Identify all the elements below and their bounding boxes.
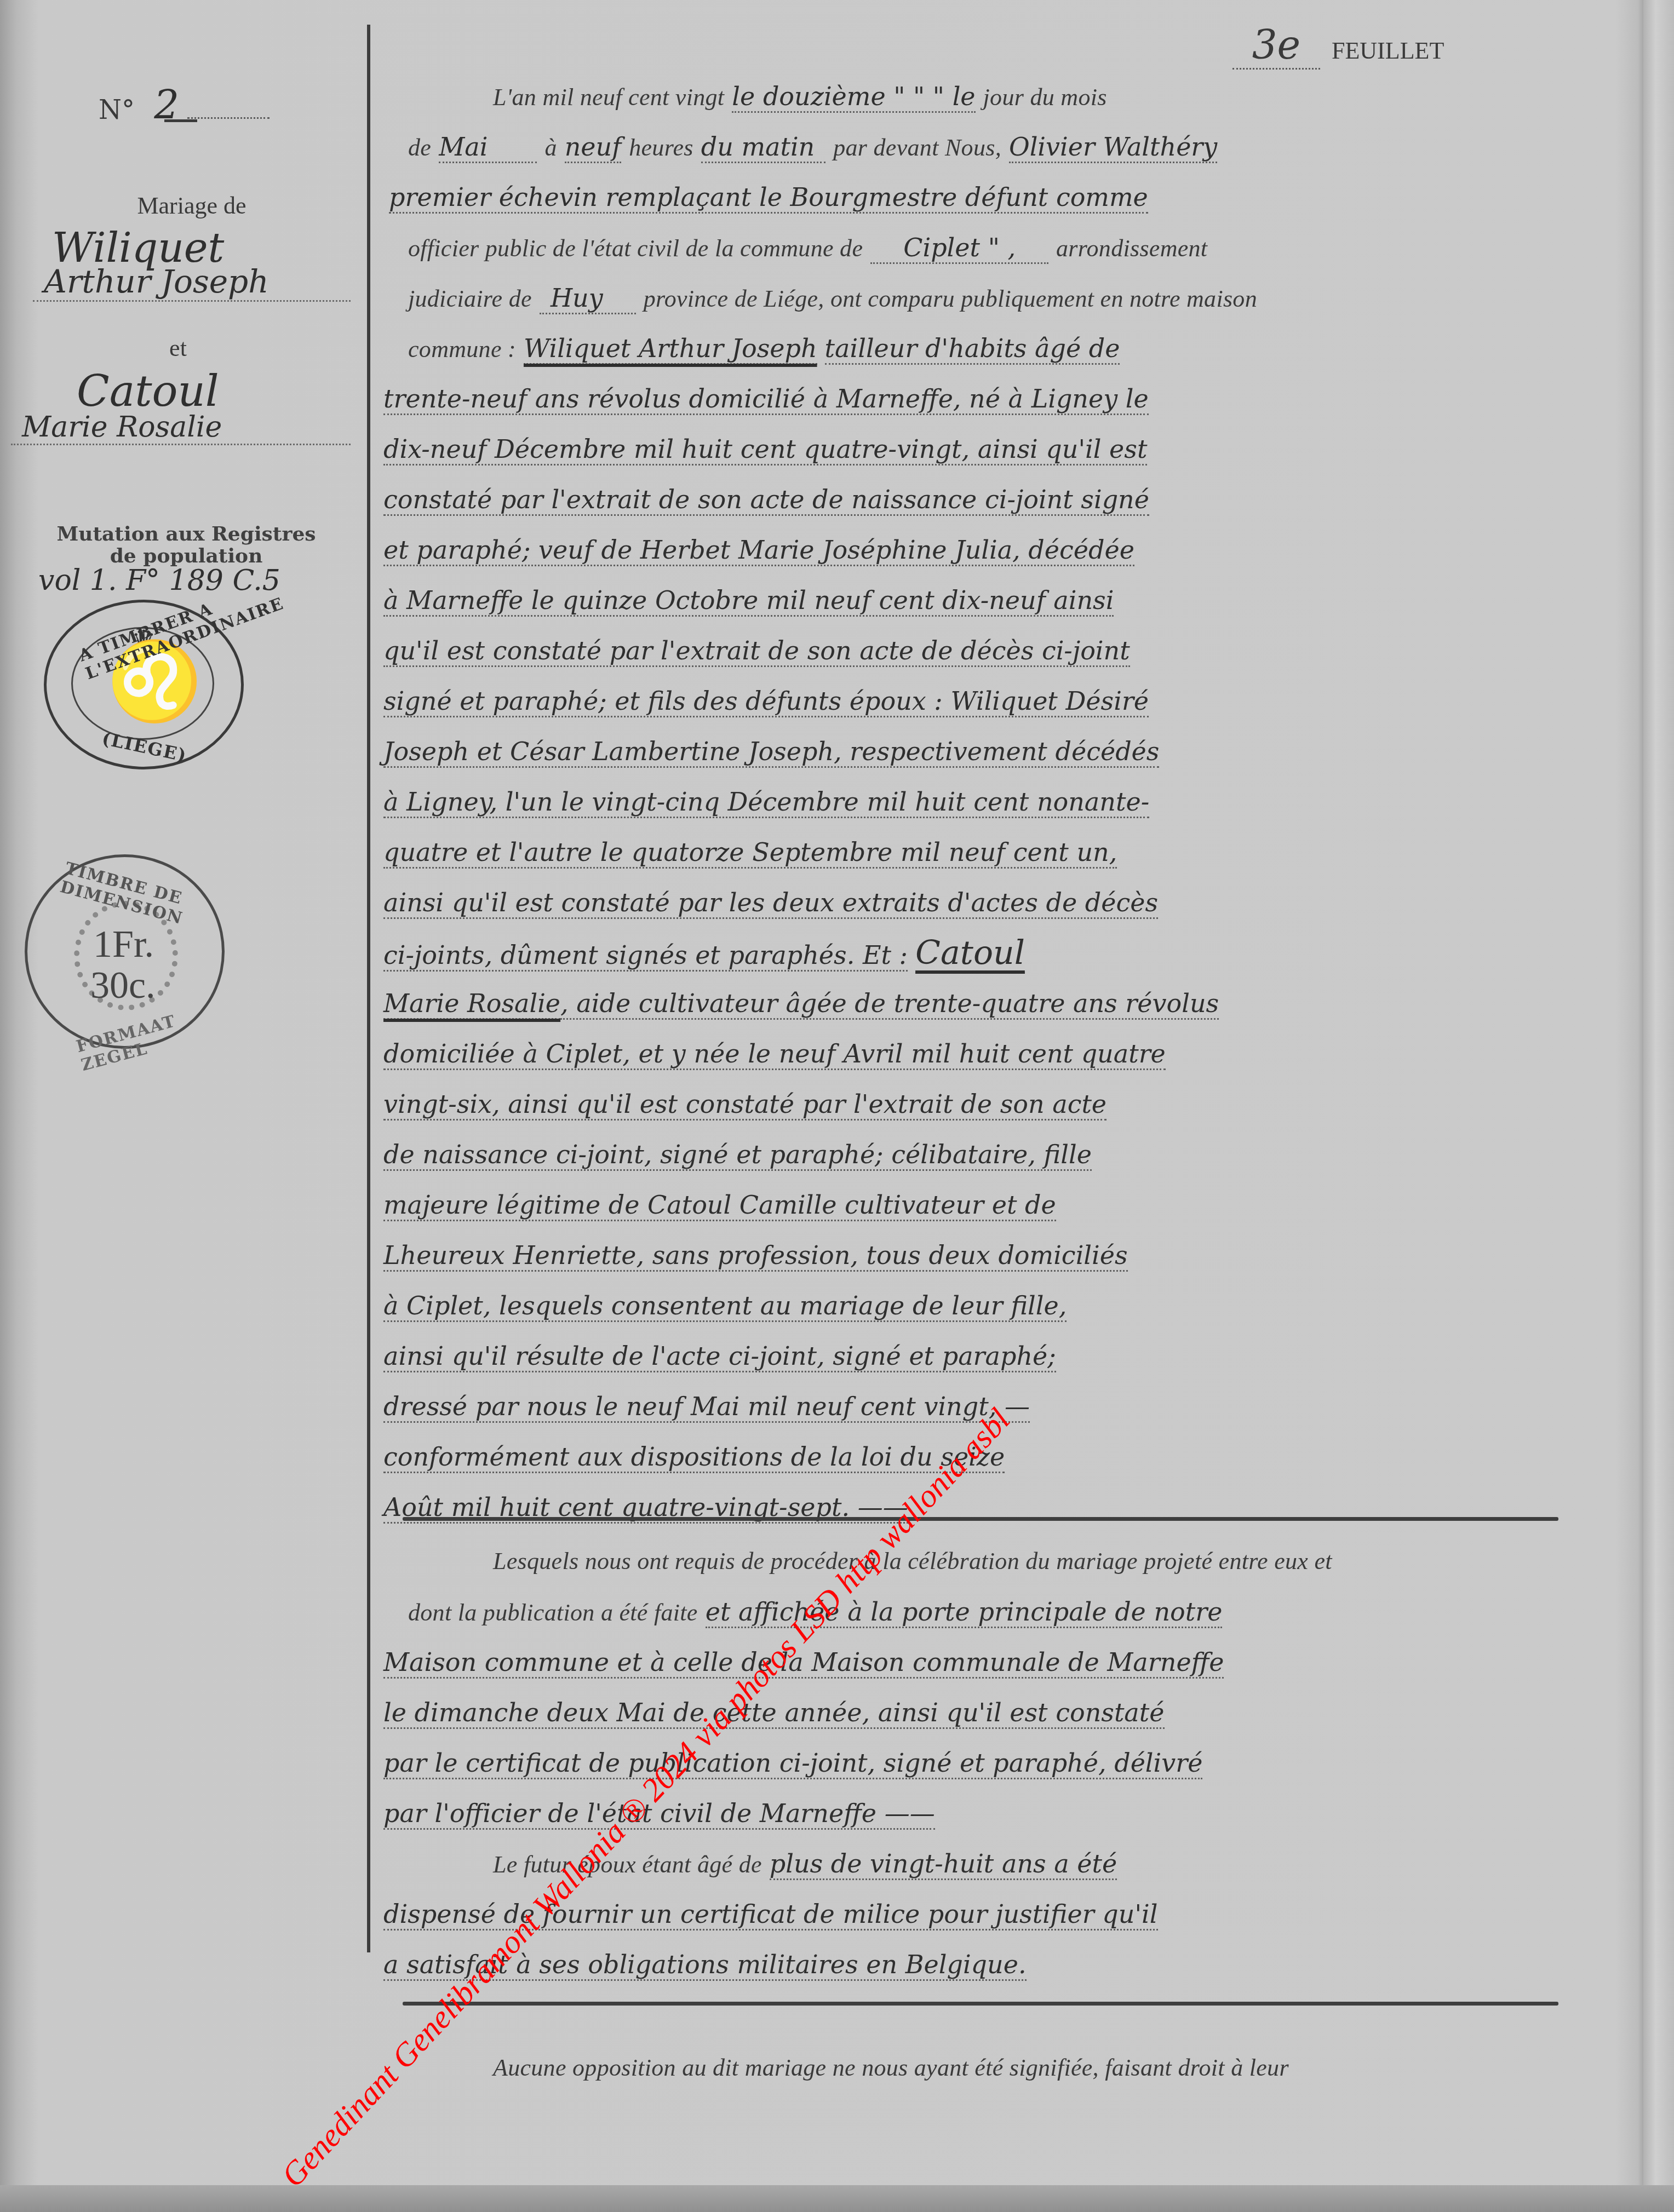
body-line: le dimanche deux Mai de cette année, ain…	[383, 1687, 1550, 1738]
handwritten-text: ainsi qu'il résulte de l'acte ci-joint, …	[383, 1341, 1056, 1372]
printed-text: commune :	[408, 336, 516, 363]
handwritten-officer: Olivier Walthéry	[1009, 132, 1217, 163]
act-number-label: N°	[99, 95, 135, 125]
body-line: ci-joints, dûment signés et paraphés. Et…	[383, 928, 1550, 978]
handwritten-hour: neuf	[565, 132, 622, 163]
feuillet-number: 3e	[1232, 22, 1320, 70]
body-line: signé et paraphé; et fils des défunts ép…	[383, 676, 1550, 726]
margin-rule	[367, 25, 370, 1952]
handwritten-text: trente-neuf ans révolus domicilié à Marn…	[383, 384, 1149, 415]
body-line: qu'il est constaté par l'extrait de son …	[383, 625, 1550, 676]
margin-title: Mariage de	[82, 192, 301, 220]
divider-dash	[164, 119, 197, 122]
handwritten-text: premier échevin remplaçant le Bourgmestr…	[389, 182, 1148, 214]
body-line: Joseph et César Lambertine Joseph, respe…	[383, 726, 1550, 777]
body-line: quatre et l'autre le quatorze Septembre …	[383, 827, 1550, 877]
printed-text: jour du mois	[983, 84, 1107, 111]
handwritten-text: plus de vingt-huit ans a été	[770, 1849, 1117, 1880]
feuillet-header: 3e FEUILLET	[1232, 22, 1444, 70]
groom-name: Wiliquet Arthur Joseph	[524, 334, 817, 365]
handwritten-text: à Ciplet, lesquels consentent au mariage…	[383, 1291, 1067, 1322]
bride-given-names: Marie Rosalie	[383, 989, 560, 1020]
body-line: dont la publication a été faite et affic…	[383, 1587, 1575, 1637]
handwritten-text: conformément aux dispositions de la loi …	[383, 1442, 1005, 1473]
body-line: domiciliée à Ciplet, et y née le neuf Av…	[383, 1029, 1550, 1079]
handwritten-text: Lheureux Henriette, sans profession, tou…	[383, 1240, 1128, 1272]
body-line: L'an mil neuf cent vingt le douzième " "…	[383, 71, 1660, 122]
handwritten-arrondissement: Huy	[540, 283, 636, 314]
printed-text: Le futur époux étant âgé de	[493, 1851, 762, 1878]
printed-text: Aucune opposition au dit mariage ne nous…	[493, 2054, 1289, 2081]
handwritten-text: ainsi qu'il est constaté par les deux ex…	[383, 888, 1158, 919]
body-line: judiciaire de Huy province de Liége, ont…	[383, 273, 1575, 323]
body-line: Août mil huit cent quatre-vingt-sept. ——	[383, 1482, 1550, 1532]
margin-bride-given: Marie Rosalie	[11, 411, 351, 445]
body-line: ainsi qu'il résulte de l'acte ci-joint, …	[383, 1331, 1550, 1381]
handwritten-text: tailleur d'habits âgé de	[825, 334, 1120, 365]
handwritten-text: qu'il est constaté par l'extrait de son …	[383, 636, 1130, 667]
handwritten-month: Mai	[439, 132, 537, 163]
body-line: à Ligney, l'un le vingt-cinq Décembre mi…	[383, 777, 1550, 827]
body-line: commune : Wiliquet Arthur Joseph tailleu…	[383, 323, 1575, 374]
printed-text: à	[544, 134, 557, 161]
handwritten-text: majeure légitime de Catoul Camille culti…	[383, 1190, 1056, 1221]
handwritten-commune: Ciplet " ,	[870, 233, 1048, 264]
extraordinary-stamp: ♛ ♌ A TIMBRER A L'EXTRAORDINAIRE (LIEGE)	[44, 600, 244, 769]
stamp-value-cents: 30c.	[90, 964, 156, 1008]
handwritten-text: à Ligney, l'un le vingt-cinq Décembre mi…	[383, 787, 1149, 818]
margin-bride-surname: Catoul	[77, 367, 296, 416]
handwritten-text: ci-joints, dûment signés et paraphés. Et…	[383, 940, 908, 972]
bride-surname: Catoul	[915, 934, 1025, 974]
body-line: vingt-six, ainsi qu'il est constaté par …	[383, 1079, 1550, 1129]
body-line: constaté par l'extrait de son acte de na…	[383, 474, 1550, 525]
body-line: ainsi qu'il est constaté par les deux ex…	[383, 877, 1550, 928]
body-line: majeure légitime de Catoul Camille culti…	[383, 1180, 1550, 1230]
section-divider	[403, 2002, 1558, 2006]
opposition-line: Aucune opposition au dit mariage ne nous…	[383, 2043, 1660, 2093]
handwritten-text: domiciliée à Ciplet, et y née le neuf Av…	[383, 1039, 1166, 1070]
body-line: Maison commune et à celle de la Maison c…	[383, 1637, 1550, 1687]
handwritten-text: Joseph et César Lambertine Joseph, respe…	[383, 737, 1159, 768]
stamp-value-francs: 1Fr.	[93, 923, 154, 967]
handwritten-text: et paraphé; veuf de Herbet Marie Joséphi…	[383, 535, 1134, 566]
body-line: et paraphé; veuf de Herbet Marie Joséphi…	[383, 525, 1550, 575]
printed-text: arrondissement	[1056, 235, 1207, 262]
section-divider	[403, 1517, 1558, 1521]
printed-text: Lesquels nous ont requis de procéder à l…	[493, 1548, 1332, 1575]
body-line: officier public de l'état civil de la co…	[383, 222, 1575, 273]
handwritten-text: dix-neuf Décembre mil huit cent quatre-v…	[383, 434, 1147, 466]
mutation-label: Mutation aux Registres de population	[44, 523, 329, 567]
printed-text: de	[408, 134, 431, 161]
body-line: premier échevin remplaçant le Bourgmestr…	[383, 172, 1556, 222]
handwritten-text: quatre et l'autre le quatorze Septembre …	[383, 837, 1117, 869]
body-line: de Mai à neuf heures du matin par devant…	[383, 122, 1575, 172]
handwritten-text: dressé par nous le neuf Mai mil neuf cen…	[383, 1392, 1030, 1423]
publication-intro: Lesquels nous ont requis de procéder à l…	[383, 1536, 1660, 1587]
margin-groom-given: Arthur Joseph	[33, 263, 351, 302]
body-line: de naissance ci-joint, signé et paraphé;…	[383, 1129, 1550, 1180]
page-edge-bottom	[0, 2185, 1674, 2212]
handwritten-text: de naissance ci-joint, signé et paraphé;…	[383, 1140, 1092, 1171]
body-line: Marie Rosalie, aide cultivateur âgée de …	[383, 978, 1550, 1029]
body-line: par l'officier de l'état civil de Marnef…	[383, 1788, 1550, 1838]
fiscal-stamp: 1Fr. 30c. TIMBRE DE DIMENSION FORMAAT ZE…	[25, 854, 225, 1049]
mutation-label-line2: de population	[44, 545, 329, 567]
handwritten-date: le douzième " " " le	[732, 82, 975, 113]
body-line: à Marneffe le quinze Octobre mil neuf ce…	[383, 575, 1550, 625]
handwritten-text: constaté par l'extrait de son acte de na…	[383, 485, 1149, 516]
body-line: à Ciplet, lesquels consentent au mariage…	[383, 1280, 1550, 1331]
body-line: Lheureux Henriette, sans profession, tou…	[383, 1230, 1550, 1280]
mutation-reference: vol 1. F° 189 C.5	[38, 564, 367, 597]
mutation-label-line1: Mutation aux Registres	[44, 523, 329, 545]
printed-text: province de Liége, ont comparu publiquem…	[644, 285, 1257, 312]
printed-text: L'an mil neuf cent vingt	[493, 84, 724, 111]
body-line: dressé par nous le neuf Mai mil neuf cen…	[383, 1381, 1550, 1432]
handwritten-text: signé et paraphé; et fils des défunts ép…	[383, 686, 1149, 717]
feuillet-label: FEUILLET	[1332, 37, 1444, 64]
printed-text: officier public de l'état civil de la co…	[408, 235, 863, 262]
margin-connector: et	[137, 334, 219, 362]
handwritten-text: , aide cultivateur âgée de trente-quatre…	[560, 989, 1219, 1020]
body-line: par le certificat de publication ci-join…	[383, 1738, 1550, 1788]
handwritten-text: à Marneffe le quinze Octobre mil neuf ce…	[383, 585, 1114, 617]
handwritten-text: vingt-six, ainsi qu'il est constaté par …	[383, 1089, 1107, 1121]
printed-text: par devant Nous,	[833, 134, 1001, 161]
body-line: dix-neuf Décembre mil huit cent quatre-v…	[383, 424, 1550, 474]
printed-text: heures	[629, 134, 693, 161]
body-line: a satisfait à ses obligations militaires…	[383, 1939, 1550, 1990]
handwritten-text: le dimanche deux Mai de cette année, ain…	[383, 1698, 1165, 1729]
printed-text: judiciaire de	[408, 285, 532, 312]
printed-text: dont la publication a été faite	[408, 1599, 698, 1626]
dotted-fill	[187, 117, 270, 119]
handwritten-text: par le certificat de publication ci-join…	[383, 1748, 1202, 1779]
body-line: trente-neuf ans révolus domicilié à Marn…	[383, 374, 1550, 424]
handwritten-time: du matin	[701, 132, 826, 163]
